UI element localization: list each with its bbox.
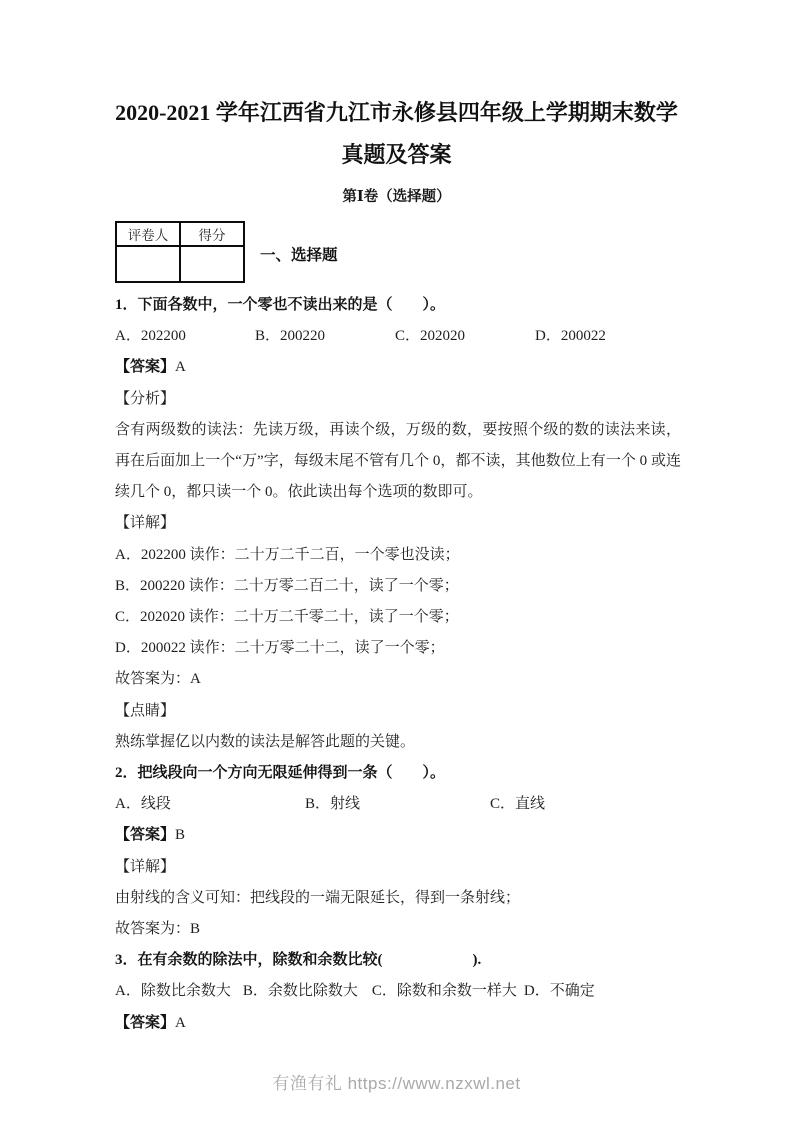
- question-2-conclusion: 故答案为：B: [115, 914, 681, 945]
- answer-label: 【答案】: [115, 1015, 175, 1031]
- watermark-link[interactable]: 有渔有礼 https://www.nzxwl.net: [272, 1074, 520, 1093]
- question-2-detail-line: 由射线的含义可知：把线段的一端无限延长，得到一条射线；: [115, 883, 681, 914]
- question-3-answer: 【答案】A: [115, 1008, 681, 1039]
- question-1-answer: 【答案】A: [115, 352, 681, 383]
- question-1-option-c: C．202020: [395, 321, 535, 352]
- question-2-detail-label: 【详解】: [115, 852, 681, 883]
- question-1-conclusion: 故答案为：A: [115, 664, 681, 695]
- question-1-stem: 1．下面各数中，一个零也不读出来的是（ ）。: [115, 290, 681, 321]
- question-1-option-b: B．200220: [255, 321, 395, 352]
- volume-title: 第Ⅰ卷（选择题）: [0, 185, 793, 206]
- section-heading: 一、选择题: [260, 243, 338, 265]
- page-title: 2020-2021 学年江西省九江市永修县四年级上学期期末数学 真题及答案: [0, 0, 793, 176]
- questions-area: 1．下面各数中，一个零也不读出来的是（ ）。 A．202200 B．200220…: [115, 290, 681, 1039]
- question-1-analysis-text: 含有两级数的读法：先读万级，再读个级，万级的数，要按照个级的数的读法来读，再在后…: [115, 415, 681, 509]
- question-1-detail-line: D．200022 读作：二十万零二十二，读了一个零；: [115, 633, 681, 664]
- question-1-detail-label: 【详解】: [115, 508, 681, 539]
- grader-score-row: 评卷人 得分 一、选择题: [115, 221, 681, 283]
- question-3-options: A．除数比余数大 B．余数比除数大 C．除数和余数一样大 D．不确定: [115, 976, 681, 1007]
- question-3-option-b: B．余数比除数大: [243, 976, 358, 1007]
- score-blank-cell: [180, 246, 244, 282]
- answer-label: 【答案】: [115, 359, 175, 375]
- question-2-option-c: C．直线: [490, 789, 545, 820]
- site-watermark: 有渔有礼 https://www.nzxwl.net: [0, 1069, 793, 1094]
- grader-blank-cell: [116, 246, 180, 282]
- question-1-detail-line: C．202020 读作：二十万二千零二十，读了一个零；: [115, 602, 681, 633]
- question-1-analysis-label: 【分析】: [115, 384, 681, 415]
- question-1-note-text: 熟练掌握亿以内数的读法是解答此题的关键。: [115, 727, 681, 758]
- question-2-stem: 2．把线段向一个方向无限延伸得到一条（ ）。: [115, 758, 681, 789]
- question-1-detail-line: A．202200 读作：二十万二千二百，一个零也没读；: [115, 540, 681, 571]
- question-1-option-a: A．202200: [115, 321, 255, 352]
- question-1-note-label: 【点睛】: [115, 696, 681, 727]
- score-table-blank-row: [116, 246, 244, 282]
- document-page: 2020-2021 学年江西省九江市永修县四年级上学期期末数学 真题及答案 第Ⅰ…: [0, 0, 793, 1122]
- question-3-option-c: C．除数和余数一样大: [372, 976, 517, 1007]
- question-3-stem: 3．在有余数的除法中，除数和余数比较( ).: [115, 945, 681, 976]
- score-header-cell: 得分: [180, 222, 244, 246]
- answer-value: A: [175, 359, 186, 375]
- question-2-options: A．线段 B．射线 C．直线: [115, 789, 681, 820]
- question-1-options: A．202200 B．200220 C．202020 D．200022: [115, 321, 681, 352]
- page-title-line2: 真题及答案: [0, 134, 793, 176]
- question-2-option-a: A．线段: [115, 789, 305, 820]
- score-table: 评卷人 得分: [115, 221, 245, 283]
- question-2-option-b: B．射线: [305, 789, 490, 820]
- question-1-option-d: D．200022: [535, 321, 606, 352]
- score-table-header-row: 评卷人 得分: [116, 222, 244, 246]
- page-title-line1: 2020-2021 学年江西省九江市永修县四年级上学期期末数学: [0, 92, 793, 134]
- question-3-option-d: D．不确定: [524, 976, 595, 1007]
- document-body: 评卷人 得分 一、选择题 1．下面各数中，一个零也不读出来的是（ ）。 A．20…: [115, 221, 681, 1039]
- question-2-answer: 【答案】B: [115, 820, 681, 851]
- answer-label: 【答案】: [115, 827, 175, 843]
- answer-value: B: [175, 827, 185, 843]
- question-1-detail-line: B．200220 读作：二十万零二百二十，读了一个零；: [115, 571, 681, 602]
- answer-value: A: [175, 1015, 186, 1031]
- question-3-option-a: A．除数比余数大: [115, 976, 231, 1007]
- grader-header-cell: 评卷人: [116, 222, 180, 246]
